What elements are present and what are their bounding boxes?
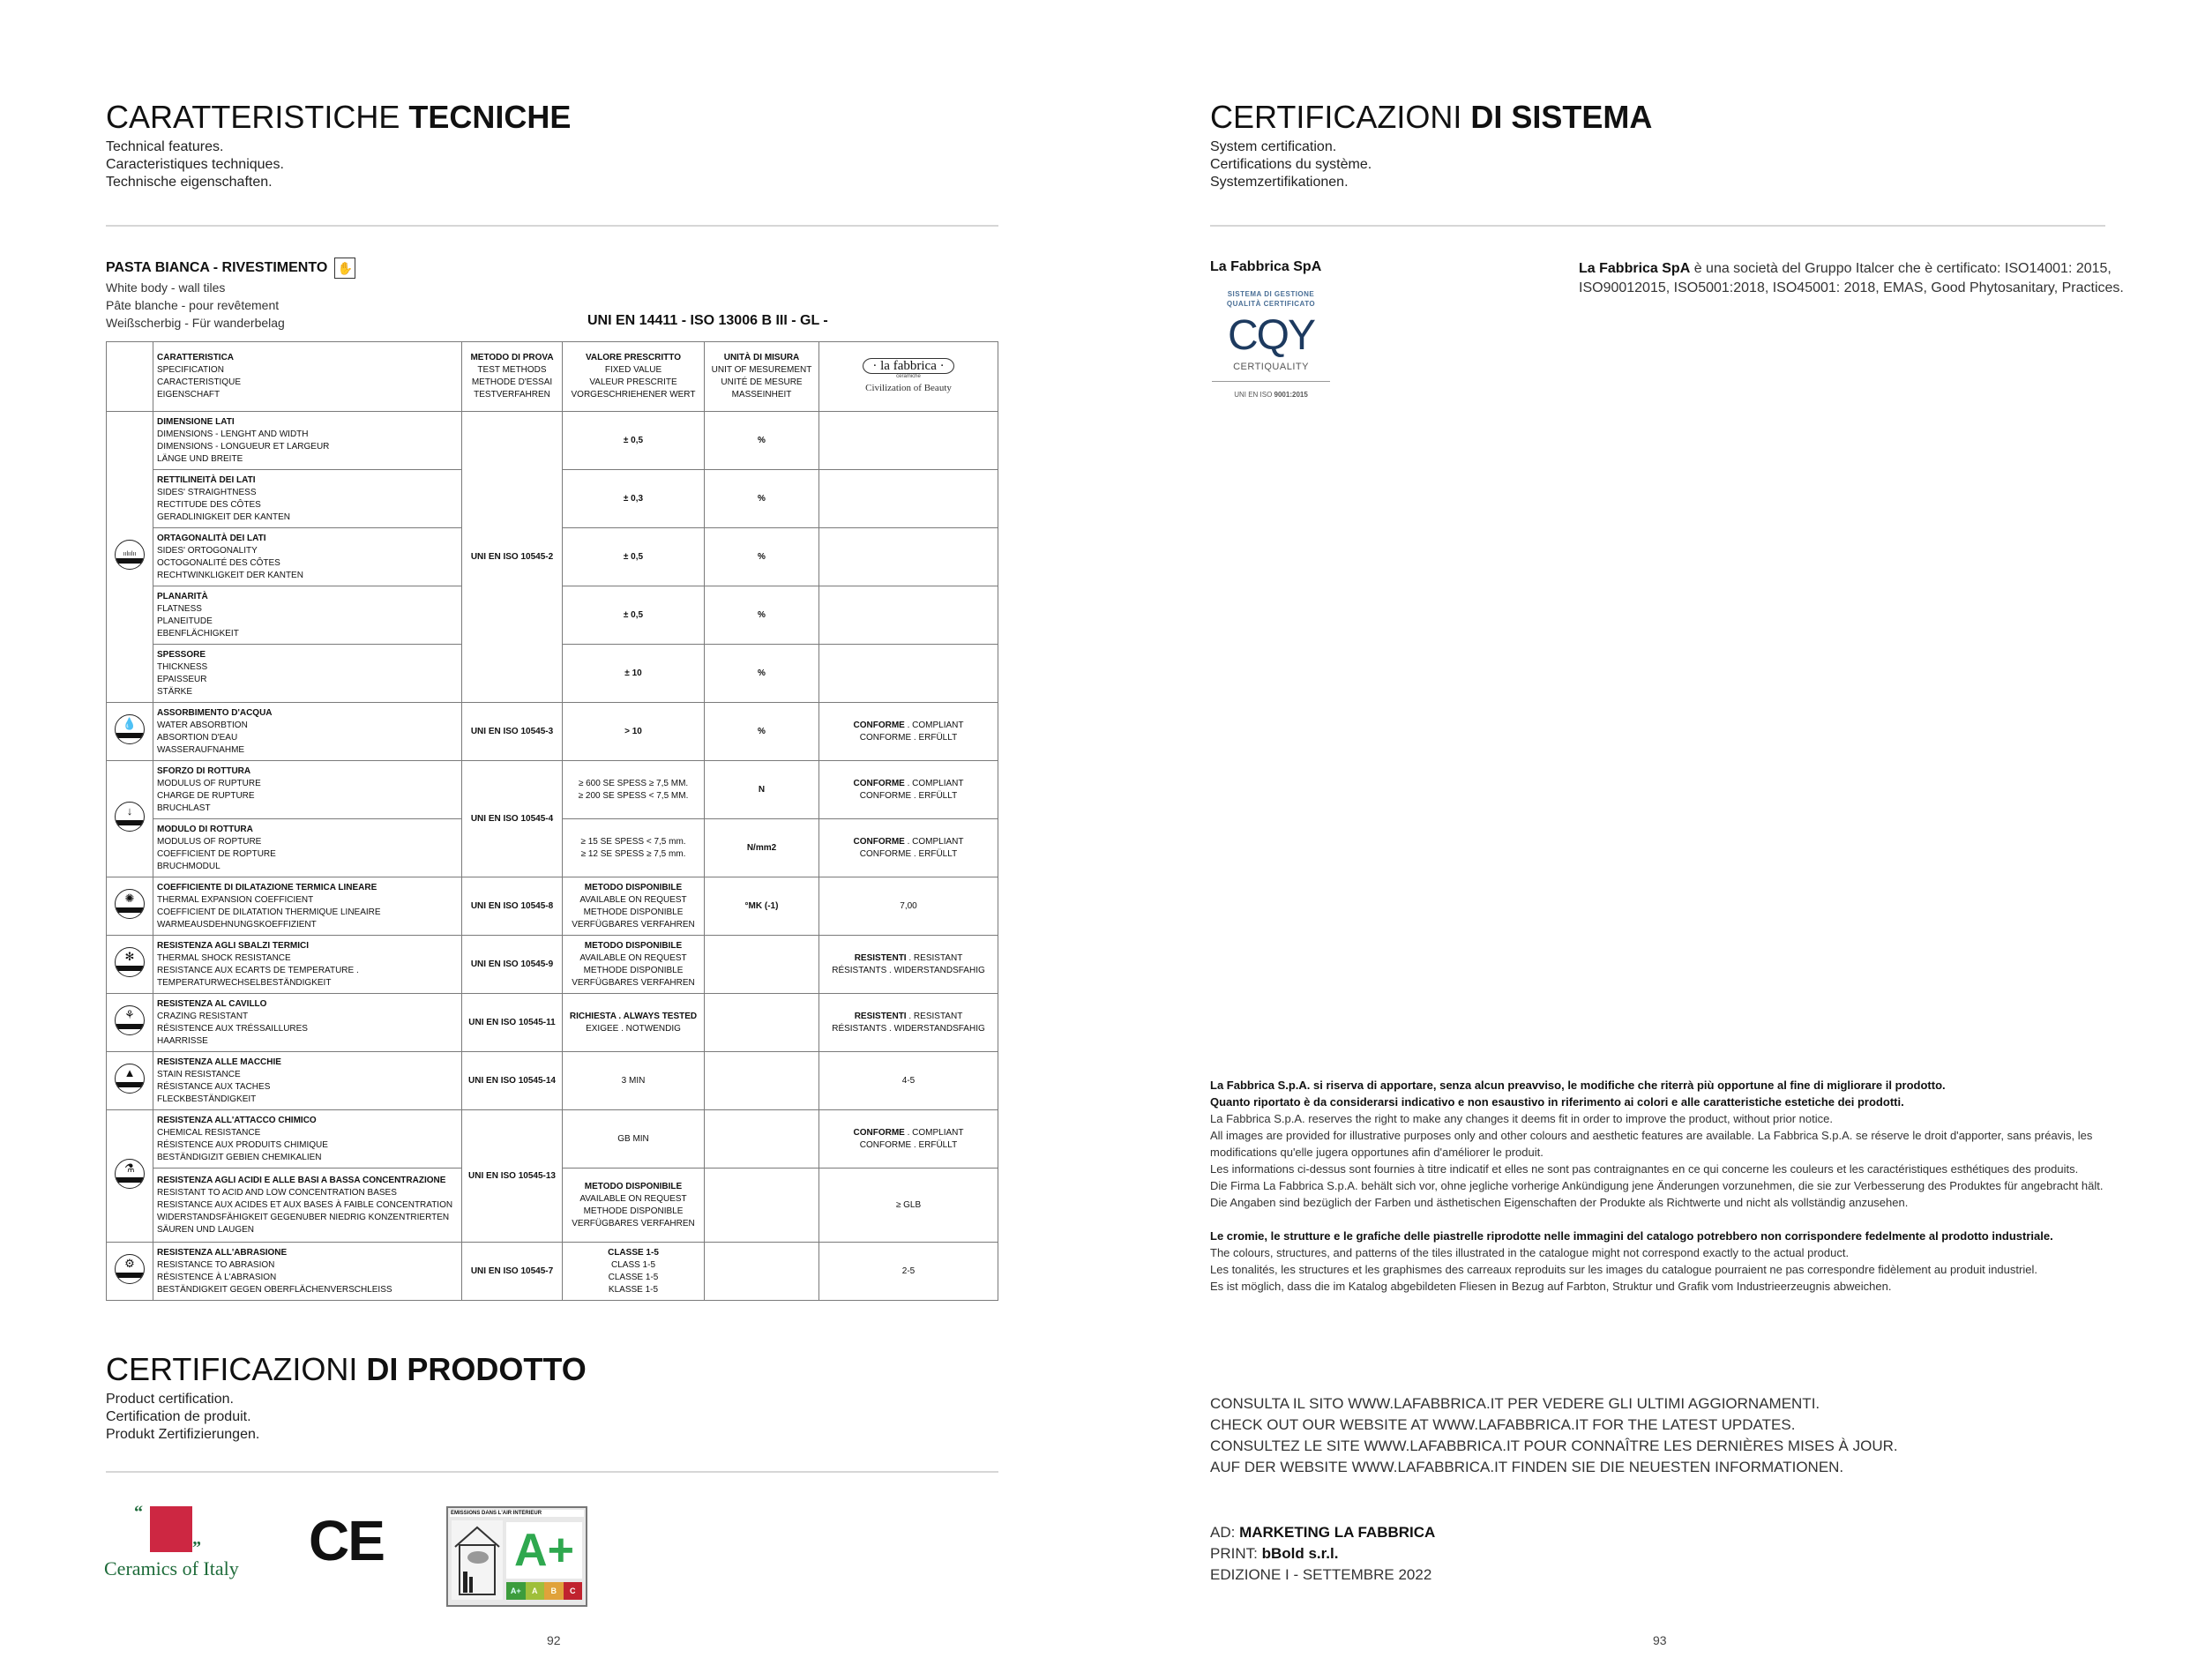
icon-base [116,820,144,825]
row-icon-cell: ıılıılıı [107,412,153,703]
result-text: 2-5 [902,1266,915,1276]
value-cell: ± 0,3 [563,470,705,528]
spec-translation: RÉSISTENCE AUX TRÉSSAILLURES [157,1023,458,1035]
result-text: ≥ GLB [896,1200,921,1210]
spec-translation: SIDES' ORTOGONALITY [157,545,458,557]
house-icon [452,1520,503,1600]
value-cell: GB MIN [563,1110,705,1169]
website-notice: CONSULTA IL SITO WWW.LAFABBRICA.IT PER V… [1210,1393,1898,1478]
value-bold: METODO DISPONIBILE [563,882,704,894]
title-bold: DI SISTEMA [1470,99,1652,135]
company-description-bold: La Fabbrica SpA [1579,261,1690,276]
spec-translation: RÉSISTENCE AUX PRODUITS CHIMIQUE [157,1139,458,1152]
result-text: . COMPLIANT [905,1128,964,1138]
disclaimer-line: Die Angaben sind bezüglich der Farben un… [1210,1194,2103,1211]
method-cell: UNI EN ISO 10545-3 [462,703,563,761]
result-text: . COMPLIANT [905,779,964,788]
spec-translation: DIMENSIONS - LONGUEUR ET LARGEUR [157,441,458,453]
icon-base [116,733,144,738]
value-cell: METODO DISPONIBILEAVAILABLE ON REQUESTME… [563,1169,705,1243]
value-bold: METODO DISPONIBILE [563,1181,704,1193]
icon-glyph: ⚘ [116,1009,144,1021]
spec-cell: SFORZO DI ROTTURAMODULUS OF RUPTURECHARG… [153,761,462,819]
header-value-fr: VALEUR PRESCRITE [563,377,704,389]
spec-translation: FLATNESS [157,603,458,616]
spec-cell: RESISTENZA AGLI ACIDI E ALLE BASI A BASS… [153,1169,462,1243]
scale-a-plus: A+ [506,1582,526,1600]
unit-cell: % [705,412,819,470]
value-cell: ± 0,5 [563,528,705,586]
unit-cell: % [705,528,819,586]
spec-translation: RESISTANCE TO ABRASION [157,1259,458,1272]
spec-title: PLANARITÀ [157,591,458,603]
result-line: RESISTENTI . RESISTANT [819,1011,998,1023]
system-cert-subtitles: System certification. Certifications du … [1210,138,1372,191]
disclaimer: La Fabbrica S.p.A. si riserva di apporta… [1210,1077,2103,1295]
scale-b: B [544,1582,564,1600]
header-unit-de: MASSEINHEIT [705,389,818,401]
spec-translation: RÉSISTENCE À L'ABRASION [157,1272,458,1284]
value-cell: ± 0,5 [563,412,705,470]
value-line: CLASS 1-5 [563,1259,704,1272]
result-line: ≥ GLB [819,1199,998,1212]
header-unit-it: UNITÀ DI MISURA [705,352,818,364]
result-line: 7,00 [819,900,998,913]
method-cell: UNI EN ISO 10545-7 [462,1243,563,1301]
spec-translation: THERMAL SHOCK RESISTANCE [157,952,458,965]
brand-name: la fabbrica [880,359,937,373]
value-cell: ± 0,5 [563,586,705,645]
row-icon-cell: ✺ [107,877,153,936]
spec-translation: OCTOGONALITÉ DES CÔTES [157,557,458,570]
value-cell: ≥ 15 SE SPESS < 7,5 mm.≥ 12 SE SPESS ≥ 7… [563,819,705,877]
value-line: ± 0,5 [563,551,704,564]
quote-close-icon: ” [192,1538,201,1558]
result-text: 4-5 [902,1076,915,1086]
spec-translation: WATER ABSORBTION [157,720,458,732]
disclaimer-line: All images are provided for illustrative… [1210,1127,2103,1144]
crack-icon: ⚘ [115,1005,145,1035]
result-text: RÉSISTANTS . WIDERSTANDSFAHIG [832,1024,985,1034]
result-text: RÉSISTANTS . WIDERSTANDSFAHIG [832,966,985,975]
value-cell: ± 10 [563,645,705,703]
header-method-en: TEST METHODS [462,364,562,377]
spec-translation: RESISTANCE AUX ECARTS DE TEMPERATURE . [157,965,458,977]
spec-cell: RESISTENZA ALL'ATTACCO CHIMICOCHEMICAL R… [153,1110,462,1169]
ruler-icon: ıılıılıı [115,540,145,570]
spec-title: RESISTENZA ALL'ABRASIONE [157,1247,458,1259]
method-cell: UNI EN ISO 10545-13 [462,1110,563,1243]
website-line-fr: CONSULTEZ LE SITE WWW.LAFABBRICA.IT POUR… [1210,1436,1898,1457]
value-line: ≥ 600 SE SPESS ≥ 7,5 MM. [563,778,704,790]
credit-edition: EDIZIONE I - SETTEMBRE 2022 [1210,1564,1435,1586]
la-fabbrica-logo: · la fabbrica · ceramiche Civilization o… [863,358,953,394]
spec-title: RETTILINEITÀ DEI LATI [157,474,458,487]
result-text: . COMPLIANT [905,721,964,730]
quote-open-icon: “ [134,1503,143,1523]
result-cell [819,528,998,586]
result-bold: CONFORME [853,779,904,788]
scale-a: A [526,1582,545,1600]
result-bold: CONFORME [853,721,904,730]
result-cell: CONFORME . COMPLIANTCONFORME . ERFÜLLT [819,761,998,819]
value-line: CLASSE 1-5 [563,1272,704,1284]
spec-translation: STAIN RESISTANCE [157,1069,458,1081]
value-line: GB MIN [563,1133,704,1146]
result-text: . COMPLIANT [905,837,964,847]
spec-title: ASSORBIMENTO D'ACQUA [157,707,458,720]
disclaimer-bold-2: Le cromie, le strutture e le grafiche de… [1210,1228,2103,1244]
spec-translation: RESISTANCE AUX ACIDES ET AUX BASES À FAI… [157,1199,458,1212]
spec-translation: CRAZING RESISTANT [157,1011,458,1023]
result-cell: CONFORME . COMPLIANTCONFORME . ERFÜLLT [819,1110,998,1169]
title-bold: TECNICHE [408,99,571,135]
la-fabbrica-badge: · la fabbrica · [863,358,953,374]
result-line: CONFORME . COMPLIANT [819,836,998,848]
result-line: CONFORME . ERFÜLLT [819,1139,998,1152]
spec-translation: CHEMICAL RESISTANCE [157,1127,458,1139]
title-light: CERTIFICAZIONI [1210,99,1470,135]
table-row: ▲RESISTENZA ALLE MACCHIESTAIN RESISTANCE… [107,1052,998,1110]
result-text: CONFORME . ERFÜLLT [860,1140,957,1150]
credit-ad: AD: MARKETING LA FABBRICA [1210,1522,1435,1543]
product-type-fr: Pâte blanche - pour revêtement [106,296,355,314]
brand-tagline: Civilization of Beauty [863,382,953,394]
subtitle-fr: Certification de produit. [106,1408,259,1426]
header-icon-cell [107,342,153,412]
website-line-en: CHECK OUT OUR WEBSITE AT WWW.LAFABBRICA.… [1210,1415,1898,1436]
result-cell [819,470,998,528]
disclaimer-line: Les informations ci-dessus sont fournies… [1210,1161,2103,1177]
unit-cell [705,1110,819,1169]
icon-base [116,907,144,913]
result-cell: ≥ GLB [819,1169,998,1243]
water-drops-icon: 💧 [115,714,145,744]
red-brush-square [150,1506,192,1552]
spec-translation: THERMAL EXPANSION COEFFICIENT [157,894,458,907]
scale-c: C [564,1582,583,1600]
spec-translation: MODULUS OF RUPTURE [157,778,458,790]
icon-glyph: ⚗ [116,1162,144,1175]
website-line-de: AUF DER WEBSITE WWW.LAFABBRICA.IT FINDEN… [1210,1457,1898,1478]
method-cell: UNI EN ISO 10545-4 [462,761,563,877]
spec-translation: BESTÄNDIGIZIT GEBIEN CHEMIKALIEN [157,1152,458,1164]
page-number-left: 92 [547,1633,561,1647]
icon-glyph: ⚙ [116,1258,144,1270]
credit-print-value: bBold s.r.l. [1262,1545,1339,1562]
spec-translation: STÄRKE [157,686,458,698]
result-line: CONFORME . COMPLIANT [819,778,998,790]
value-bold: METODO DISPONIBILE [563,940,704,952]
system-cert-title: CERTIFICAZIONI DI SISTEMA [1210,99,1652,136]
badge-norm-prefix: UNI EN ISO [1234,391,1274,399]
spec-translation: BRUCHMODUL [157,861,458,873]
result-cell: 7,00 [819,877,998,936]
company-name: La Fabbrica SpA [1210,259,1321,275]
value-line: ± 0,5 [563,609,704,622]
row-icon-cell: ⚘ [107,994,153,1052]
icon-base [116,1024,144,1029]
spec-title: SPESSORE [157,649,458,661]
spec-translation: COEFFICIENT DE DILATATION THERMIQUE LINE… [157,907,458,919]
section-divider [106,1471,998,1473]
unit-cell: % [705,645,819,703]
emission-header: ÉMISSIONS DANS L'AIR INTÉRIEUR [450,1510,584,1517]
icon-glyph: ✻ [116,951,144,963]
tech-section-subtitles: Technical features. Caracteristiques tec… [106,138,284,191]
disclaimer-line: Die Firma La Fabbrica S.p.A. behält sich… [1210,1177,2103,1194]
method-cell: UNI EN ISO 10545-14 [462,1052,563,1110]
downward-force-icon: ↓ [115,802,145,832]
emission-grade: A+ [506,1522,582,1579]
spec-title: DIMENSIONE LATI [157,416,458,429]
row-icon-cell: 💧 [107,703,153,761]
tech-section-title: CARATTERISTICHE TECNICHE [106,99,571,136]
table-row: 💧ASSORBIMENTO D'ACQUAWATER ABSORBTIONABS… [107,703,998,761]
website-line-it: CONSULTA IL SITO WWW.LAFABBRICA.IT PER V… [1210,1393,1898,1415]
disclaimer-line: The colours, structures, and patterns of… [1210,1244,2103,1261]
method-cell: UNI EN ISO 10545-8 [462,877,563,936]
table-row: ✻RESISTENZA AGLI SBALZI TERMICITHERMAL S… [107,936,998,994]
unit-cell: N/mm2 [705,819,819,877]
spec-translation: GERADLINIGKEIT DER KANTEN [157,511,458,524]
result-cell: RESISTENTI . RESISTANTRÉSISTANTS . WIDER… [819,936,998,994]
result-bold: CONFORME [853,1128,904,1138]
table-row: ↓SFORZO DI ROTTURAMODULUS OF RUPTURECHAR… [107,761,998,819]
spec-translation: EBENFLÄCHIGKEIT [157,628,458,640]
value-line: ≥ 12 SE SPESS ≥ 7,5 mm. [563,848,704,861]
page-number-right: 93 [1653,1633,1667,1647]
result-cell: CONFORME . COMPLIANTCONFORME . ERFÜLLT [819,703,998,761]
spec-cell: DIMENSIONE LATIDIMENSIONS - LENGHT AND W… [153,412,462,470]
disclaimer-line: Es ist möglich, dass die im Katalog abge… [1210,1278,2103,1295]
value-line: METHODE DISPONIBLE [563,965,704,977]
spec-translation: ABSORTION D'EAU [157,732,458,744]
header-unit: UNITÀ DI MISURA UNIT OF MESUREMENT UNITÉ… [705,342,819,412]
spec-cell: PLANARITÀFLATNESSPLANEITUDEEBENFLÄCHIGKE… [153,586,462,645]
table-header-row: CARATTERISTICA SPECIFICATION CARACTERIST… [107,342,998,412]
header-value-it: VALORE PRESCRITTO [563,352,704,364]
result-text: CONFORME . ERFÜLLT [860,733,957,743]
spec-translation: BRUCHLAST [157,803,458,815]
result-cell: CONFORME . COMPLIANTCONFORME . ERFÜLLT [819,819,998,877]
header-spec-fr: CARACTERISTIQUE [157,377,458,389]
value-line: VERFÜGBARES VERFAHREN [563,1218,704,1230]
result-text: CONFORME . ERFÜLLT [860,849,957,859]
spec-title: RESISTENZA ALLE MACCHIE [157,1057,458,1069]
icon-glyph: ↓ [116,805,144,818]
value-line: AVAILABLE ON REQUEST [563,1193,704,1206]
unit-cell: °MK (-1) [705,877,819,936]
section-divider [1210,225,2105,227]
disclaimer-bold-1b: Quanto riportato è da considerarsi indic… [1210,1094,2103,1110]
spec-translation: SÄUREN UND LAUGEN [157,1224,458,1236]
result-line: 4-5 [819,1075,998,1087]
chemical-tap-icon: ⚗ [115,1159,145,1189]
unit-cell: % [705,470,819,528]
spec-cell: RETTILINEITÀ DEI LATISIDES' STRAIGHTNESS… [153,470,462,528]
product-cert-title: CERTIFICAZIONI DI PRODOTTO [106,1351,587,1388]
icon-base [116,1082,144,1087]
spec-title: RESISTENZA AGLI ACIDI E ALLE BASI A BASS… [157,1175,458,1187]
icon-base [116,1273,144,1278]
spec-cell: ORTAGONALITÀ DEI LATISIDES' ORTOGONALITY… [153,528,462,586]
method-cell: UNI EN ISO 10545-11 [462,994,563,1052]
icon-base [116,1177,144,1183]
header-method: METODO DI PROVA TEST METHODS METHODE D'E… [462,342,563,412]
spec-translation: FLECKBESTÄNDIGKEIT [157,1094,458,1106]
icon-glyph: ▲ [116,1067,144,1079]
result-line: RESISTENTI . RESISTANT [819,952,998,965]
value-line: ± 10 [563,668,704,680]
subtitle-en: Technical features. [106,138,284,156]
row-icon-cell: ✻ [107,936,153,994]
value-line: VERFÜGBARES VERFAHREN [563,977,704,989]
product-type-name: PASTA BIANCA - RIVESTIMENTO [106,259,327,277]
credit-print-label: PRINT: [1210,1545,1262,1562]
credit-ad-label: AD: [1210,1524,1239,1541]
spec-translation: PLANEITUDE [157,616,458,628]
title-light: CERTIFICAZIONI [106,1351,366,1387]
spec-translation: COEFFICIENT DE ROPTURE [157,848,458,861]
result-line: CONFORME . COMPLIANT [819,1127,998,1139]
result-bold: RESISTENTI [855,1012,907,1021]
result-line: RÉSISTANTS . WIDERSTANDSFAHIG [819,1023,998,1035]
header-value-en: FIXED VALUE [563,364,704,377]
header-unit-fr: UNITÉ DE MESURE [705,377,818,389]
value-cell: 3 MIN [563,1052,705,1110]
spec-cell: ASSORBIMENTO D'ACQUAWATER ABSORBTIONABSO… [153,703,462,761]
header-unit-en: UNIT OF MESUREMENT [705,364,818,377]
value-line: AVAILABLE ON REQUEST [563,952,704,965]
subtitle-de: Technische eigenschaften. [106,174,284,191]
spec-cell: SPESSORETHICKNESSEPAISSEURSTÄRKE [153,645,462,703]
ce-mark-icon: CE [309,1510,384,1572]
value-cell: METODO DISPONIBILEAVAILABLE ON REQUESTME… [563,877,705,936]
emission-label: ÉMISSIONS DANS L'AIR INTÉRIEUR A+ A+ A B… [446,1506,587,1607]
spec-title: RESISTENZA AL CAVILLO [157,998,458,1011]
spec-translation: RÉSISTANCE AUX TACHES [157,1081,458,1094]
spec-translation: WIDERSTANDSFÄHIGKEIT GEGENUBER NIEDRIG K… [157,1212,458,1224]
result-bold: RESISTENTI [855,953,907,963]
icon-glyph: 💧 [116,718,144,730]
result-line: CONFORME . ERFÜLLT [819,848,998,861]
credit-ad-value: MARKETING LA FABBRICA [1239,1524,1435,1541]
cqy-logo-icon: CQY [1212,312,1330,360]
product-standard: UNI EN 14411 - ISO 13006 B III - GL - [587,313,828,329]
result-cell [819,586,998,645]
spec-title: RESISTENZA ALL'ATTACCO CHIMICO [157,1115,458,1127]
spec-translation: WASSERAUFNAHME [157,744,458,757]
result-text: 7,00 [900,901,916,911]
header-brand-logo: · la fabbrica · ceramiche Civilization o… [819,342,998,412]
method-cell: UNI EN ISO 10545-9 [462,936,563,994]
spec-translation: MODULUS OF ROPTURE [157,836,458,848]
unit-cell: % [705,703,819,761]
result-text: . RESISTANT [907,953,963,963]
value-line: ± 0,5 [563,435,704,447]
spec-translation: EPAISSEUR [157,674,458,686]
product-type-en: White body - wall tiles [106,279,355,296]
header-value-de: VORGESCHRIEHENER WERT [563,389,704,401]
row-icon-cell: ⚙ [107,1243,153,1301]
result-line: CONFORME . ERFÜLLT [819,732,998,744]
abrasion-gears-icon: ⚙ [115,1254,145,1284]
certiquality-badge: SISTEMA DI GESTIONE QUALITÀ CERTIFICATO … [1212,289,1330,427]
table-row: ⚙RESISTENZA ALL'ABRASIONERESISTANCE TO A… [107,1243,998,1301]
spec-cell: RESISTENZA AGLI SBALZI TERMICITHERMAL SH… [153,936,462,994]
company-description: La Fabbrica SpA è una società del Gruppo… [1579,259,2124,298]
value-line: EXIGEE . NOTWENDIG [563,1023,704,1035]
row-icon-cell: ⚗ [107,1110,153,1243]
header-method-it: METODO DI PROVA [462,352,562,364]
value-line: 3 MIN [563,1075,704,1087]
table-row: ⚘RESISTENZA AL CAVILLOCRAZING RESISTANTR… [107,994,998,1052]
spec-translation: LÄNGE UND BREITE [157,453,458,466]
row-icon-cell: ↓ [107,761,153,877]
spec-cell: RESISTENZA ALL'ABRASIONERESISTANCE TO AB… [153,1243,462,1301]
header-spec-it: CARATTERISTICA [157,352,458,364]
result-cell [819,645,998,703]
snowflake-icon: ✻ [115,947,145,977]
product-type-de: Weißscherbig - Für wanderbelag [106,314,355,332]
result-text: . RESISTANT [907,1012,963,1021]
spec-title: MODULO DI ROTTURA [157,824,458,836]
value-cell: CLASSE 1-5CLASS 1-5CLASSE 1-5KLASSE 1-5 [563,1243,705,1301]
value-bold: CLASSE 1-5 [563,1247,704,1259]
spec-translation: BESTÄNDIGKEIT GEGEN OBERFLÄCHENVERSCHLEI… [157,1284,458,1296]
title-light: CARATTERISTICHE [106,99,408,135]
header-value: VALORE PRESCRITTO FIXED VALUE VALEUR PRE… [563,342,705,412]
badge-norm-bold: 9001:2015 [1274,391,1308,399]
spec-title: SFORZO DI ROTTURA [157,765,458,778]
result-line: CONFORME . COMPLIANT [819,720,998,732]
subtitle-fr: Caracteristiques techniques. [106,156,284,174]
hand-wall-icon: ✋ [334,258,355,279]
value-line: ≥ 200 SE SPESS < 7,5 MM. [563,790,704,803]
spec-title: ORTAGONALITÀ DEI LATI [157,533,458,545]
result-cell: 2-5 [819,1243,998,1301]
subtitle-de: Produkt Zertifizierungen. [106,1426,259,1444]
result-line: RÉSISTANTS . WIDERSTANDSFAHIG [819,965,998,977]
header-spec-en: SPECIFICATION [157,364,458,377]
badge-norm: UNI EN ISO 9001:2015 [1212,391,1330,399]
spec-cell: COEFFICIENTE DI DILATAZIONE TERMICA LINE… [153,877,462,936]
table-row: ✺COEFFICIENTE DI DILATAZIONE TERMICA LIN… [107,877,998,936]
badge-top-1: SISTEMA DI GESTIONE [1212,289,1330,299]
unit-cell [705,936,819,994]
sun-heat-icon: ✺ [115,889,145,919]
unit-cell [705,1052,819,1110]
disclaimer-line: Les tonalités, les structures et les gra… [1210,1261,2103,1278]
disclaimer-line: modifications qu'elle jugera opportunes … [1210,1144,2103,1161]
value-line: KLASSE 1-5 [563,1284,704,1296]
spec-translation: RECHTWINKLIGKEIT DER KANTEN [157,570,458,582]
section-divider [106,225,998,227]
value-line: VERFÜGBARES VERFAHREN [563,919,704,931]
spec-translation: CHARGE DE RUPTURE [157,790,458,803]
spec-translation: THICKNESS [157,661,458,674]
unit-cell: N [705,761,819,819]
subtitle-de: Systemzertifikationen. [1210,174,1372,191]
result-line: CONFORME . ERFÜLLT [819,790,998,803]
stain-icon: ▲ [115,1064,145,1094]
row-icon-cell: ▲ [107,1052,153,1110]
spec-translation: RESISTANT TO ACID AND LOW CONCENTRATION … [157,1187,458,1199]
emission-scale: A+ A B C [506,1582,582,1600]
disclaimer-bold-1a: La Fabbrica S.p.A. si riserva di apporta… [1210,1077,2103,1094]
value-cell: > 10 [563,703,705,761]
